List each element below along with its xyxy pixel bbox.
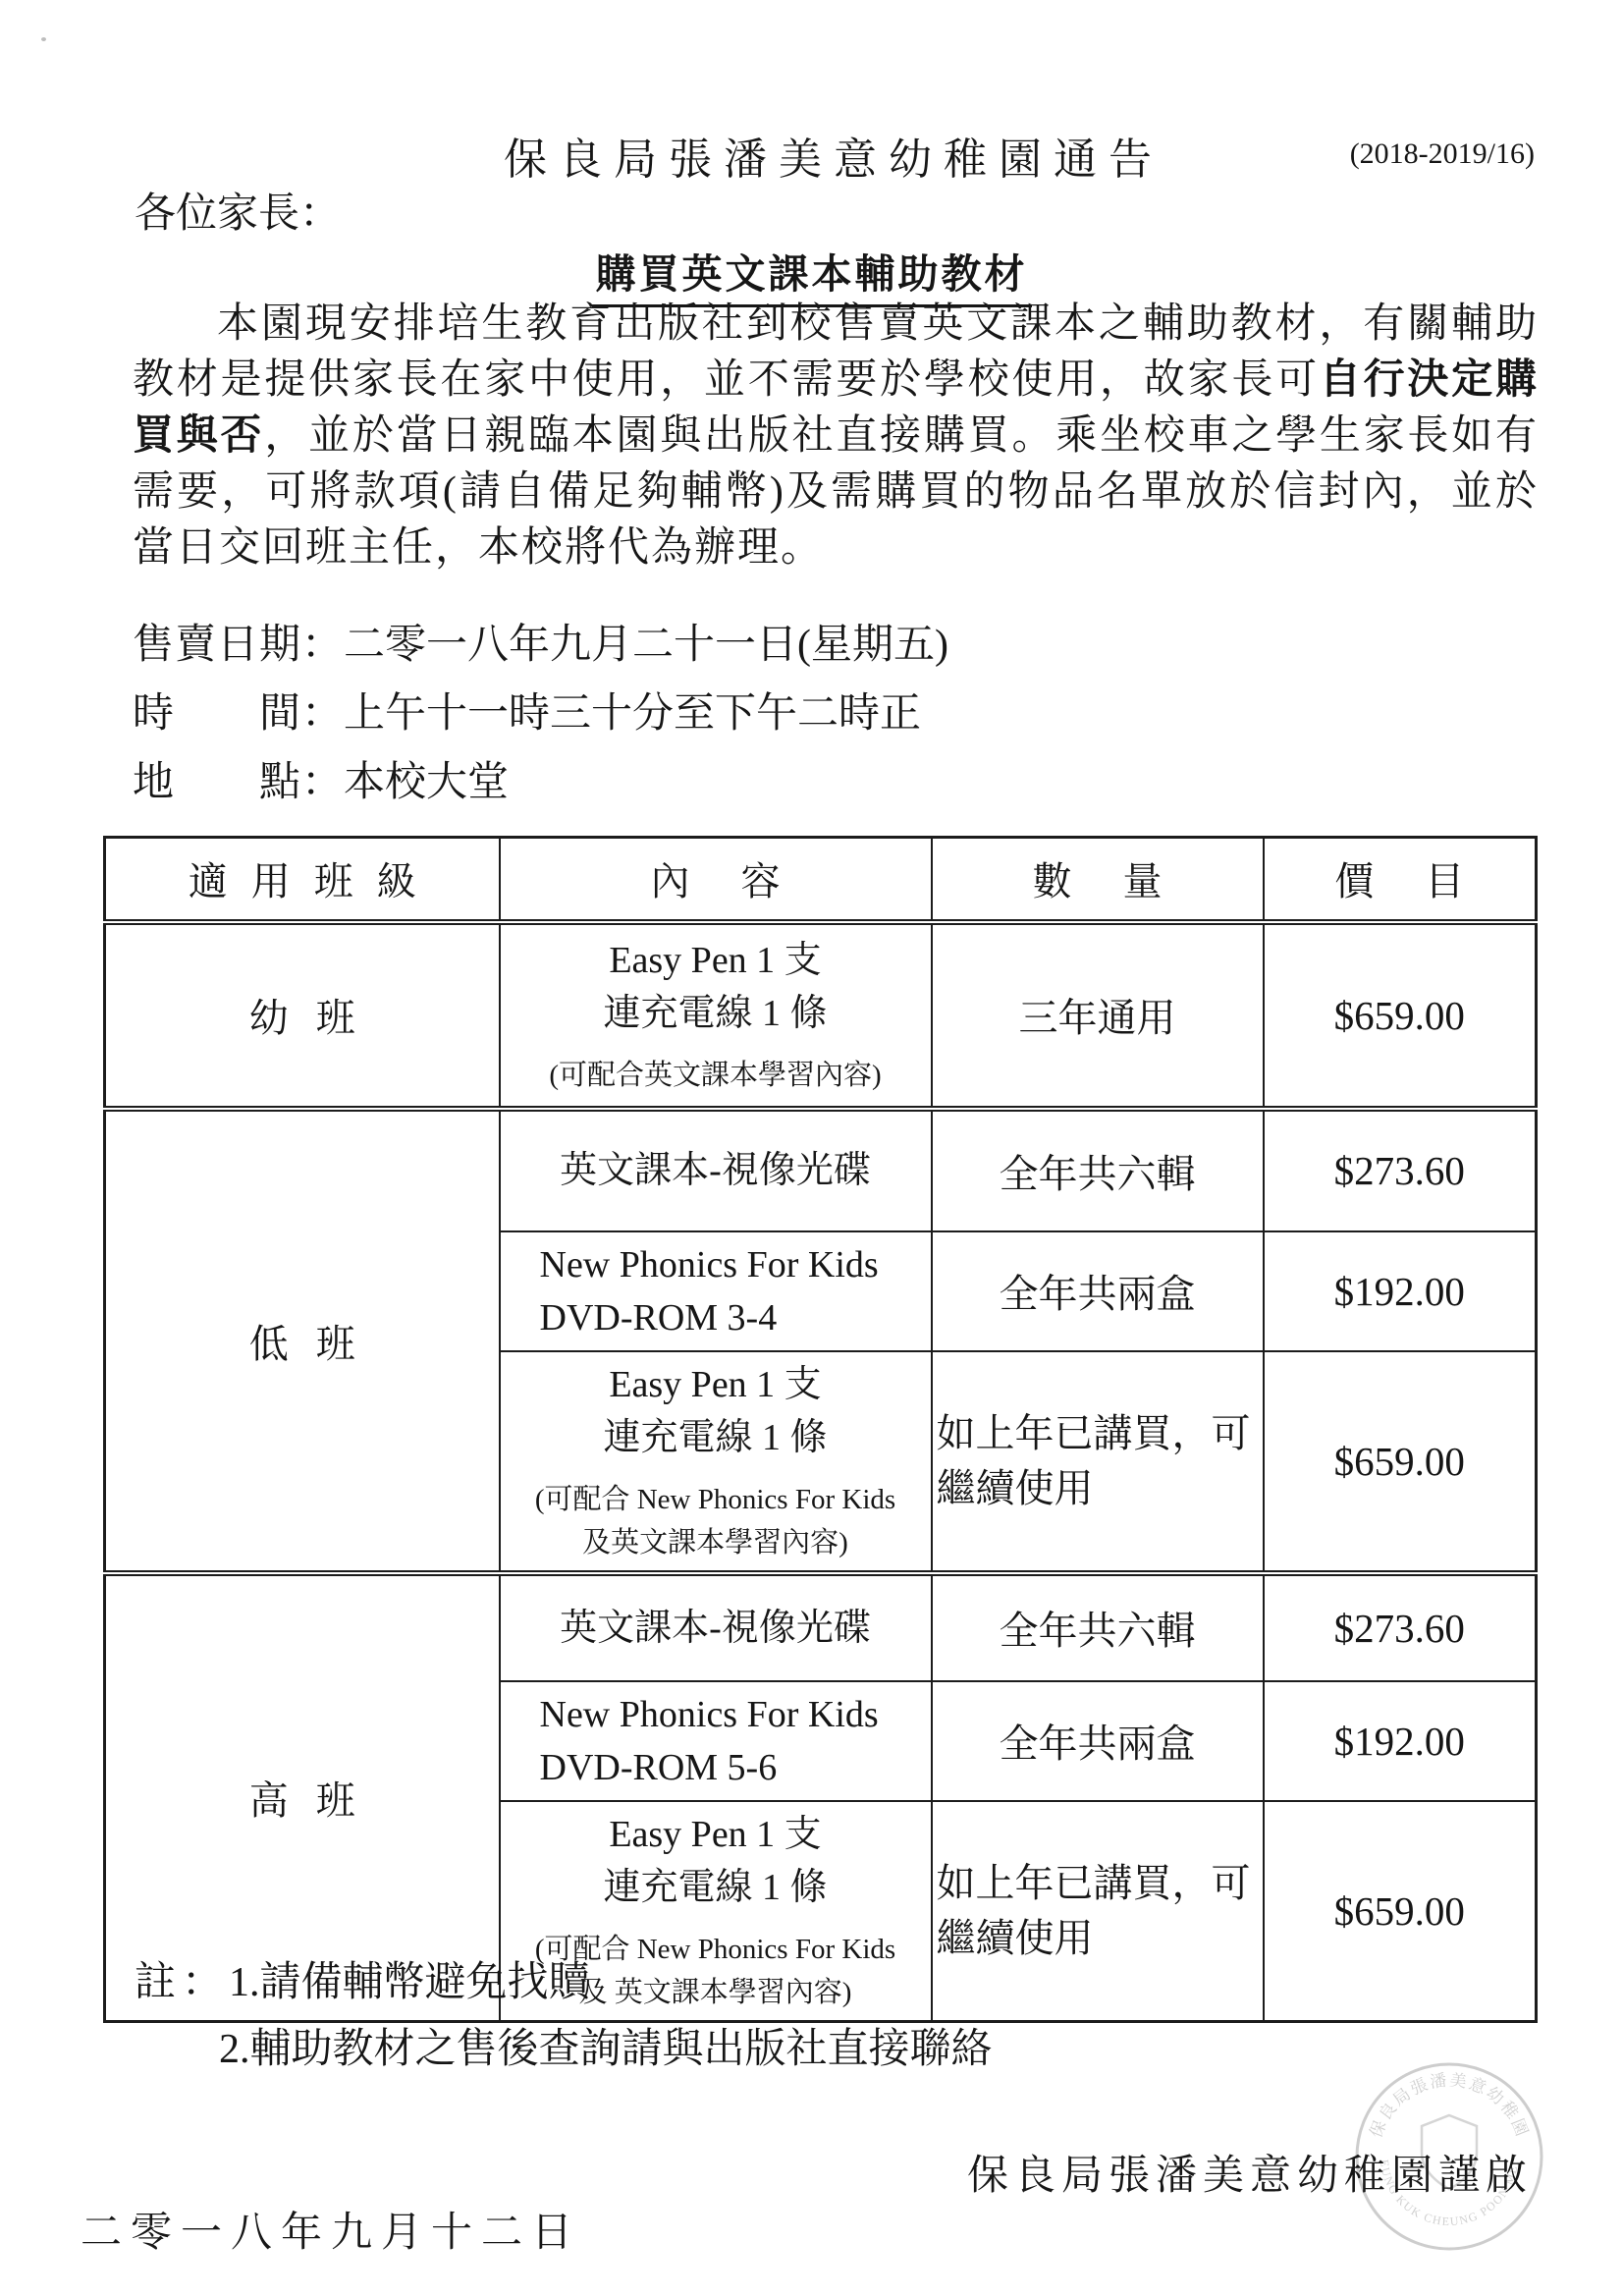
quantity-cell: 全年共兩盒 — [932, 1681, 1264, 1801]
detail-value: 上午十一時三十分至下午二時正 — [344, 691, 921, 737]
detail-label: 時 間： — [133, 691, 344, 737]
scan-artifact — [41, 37, 46, 41]
content-note: 及英文課本學習內容) — [503, 1521, 929, 1564]
materials-table: 適 用 班 級 內 容 數 量 價 目 幼 班 Easy Pen 1 支 連充電… — [103, 836, 1538, 2023]
note-text: 2.輔助教材之售後查詢請與出版社直接聯絡 — [219, 2027, 993, 2072]
content-cell: Easy Pen 1 支 連充電線 1 條 (可配合 New Phonics F… — [500, 1351, 932, 1573]
content-cell: 英文課本-視像光碟 — [500, 1109, 932, 1231]
notice-page: 保良局張潘美意幼稚園通告 (2018-2019/16) 各位家長： 購買英文課本… — [0, 0, 1623, 2296]
price-cell: $192.00 — [1264, 1681, 1537, 1801]
body-paragraph: 本園現安排培生教育出版社到校售賣英文課本之輔助教材，有關輔助教材是提供家長在家中… — [133, 297, 1539, 576]
page-title: 保良局張潘美意幼稚園通告 — [504, 136, 1163, 184]
notes-label: 註： — [135, 1960, 229, 2005]
table-header-row: 適 用 班 級 內 容 數 量 價 目 — [105, 838, 1537, 922]
content-line: 英文課本-視像光碟 — [503, 1602, 929, 1655]
quantity-cell: 全年共六輯 — [932, 1573, 1264, 1681]
price-cell: $659.00 — [1264, 1351, 1537, 1573]
content-line: Easy Pen 1 支 — [503, 1808, 929, 1861]
price-cell: $659.00 — [1264, 922, 1537, 1109]
content-note: (可配合英文課本學習內容) — [503, 1054, 929, 1097]
detail-row-time: 時 間：上午十一時三十分至下午二時正 — [133, 680, 948, 748]
note-text: 1.請備輔幣避免找贖 — [229, 1960, 590, 2005]
content-line: New Phonics For Kids — [540, 1688, 929, 1741]
content-line: New Phonics For Kids — [540, 1238, 929, 1291]
table-row: 幼 班 Easy Pen 1 支 連充電線 1 條 (可配合英文課本學習內容) … — [105, 922, 1537, 1109]
detail-row-venue: 地 點：本校大堂 — [133, 748, 948, 817]
detail-value: 二零一八年九月二十一日(星期五) — [344, 623, 948, 668]
content-line: 英文課本-視像光碟 — [503, 1144, 929, 1197]
seal-top-text: 保良局張潘美意幼稚園 — [1367, 2071, 1533, 2141]
column-header-price: 價 目 — [1264, 838, 1537, 922]
quantity-cell: 如上年已講買，可繼續使用 — [932, 1351, 1264, 1573]
price-cell: $192.00 — [1264, 1231, 1537, 1351]
table-row: 高 班 英文課本-視像光碟 全年共六輯 $273.60 — [105, 1573, 1537, 1681]
class-level-cell: 高 班 — [105, 1573, 500, 2022]
detail-label: 售賣日期： — [133, 623, 344, 668]
detail-label: 地 點： — [133, 760, 344, 805]
content-line: Easy Pen 1 支 — [503, 1358, 929, 1411]
signature: 保良局張潘美意幼稚園謹啟 — [967, 2143, 1533, 2202]
header: 保良局張潘美意幼稚園通告 (2018-2019/16) — [133, 124, 1535, 187]
content-line: DVD-ROM 5-6 — [540, 1741, 929, 1794]
class-level-cell: 低 班 — [105, 1109, 500, 1573]
table-row: 低 班 英文課本-視像光碟 全年共六輯 $273.60 — [105, 1109, 1537, 1231]
notes: 註：1.請備輔幣避免找贖 2.輔助教材之售後查詢請與出版社直接聯絡 — [135, 1960, 993, 2072]
note-item: 2.輔助教材之售後查詢請與出版社直接聯絡 — [219, 2027, 993, 2072]
content-line: 連充電線 1 條 — [503, 987, 929, 1040]
paragraph-text: ，並於當日親臨本園與出版社直接購買。乘坐校車之學生家長如有需要，可將款項(請自備… — [133, 413, 1539, 571]
seal-top-text-path: 保良局張潘美意幼稚園 — [1367, 2071, 1533, 2141]
detail-value: 本校大堂 — [344, 760, 509, 805]
content-line: 連充電線 1 條 — [503, 1411, 929, 1464]
quantity-cell: 全年共兩盒 — [932, 1231, 1264, 1351]
column-header-class: 適 用 班 級 — [105, 838, 500, 922]
reference-number: (2018-2019/16) — [1350, 137, 1535, 171]
content-note: (可配合 New Phonics For Kids — [503, 1478, 929, 1521]
salutation: 各位家長： — [135, 181, 341, 240]
price-cell: $273.60 — [1264, 1109, 1537, 1231]
content-cell: New Phonics For Kids DVD-ROM 3-4 — [500, 1231, 932, 1351]
quantity-cell: 三年通用 — [932, 922, 1264, 1109]
quantity-cell: 全年共六輯 — [932, 1109, 1264, 1231]
class-level-cell: 幼 班 — [105, 922, 500, 1109]
column-header-content: 內 容 — [500, 838, 932, 922]
sale-details: 售賣日期：二零一八年九月二十一日(星期五) 時 間：上午十一時三十分至下午二時正… — [133, 611, 948, 817]
column-header-quantity: 數 量 — [932, 838, 1264, 922]
content-line: DVD-ROM 3-4 — [540, 1291, 929, 1344]
issue-date: 二零一八年九月十二日 — [81, 2200, 581, 2259]
materials-table-wrap: 適 用 班 級 內 容 數 量 價 目 幼 班 Easy Pen 1 支 連充電… — [103, 836, 1538, 2023]
content-line: Easy Pen 1 支 — [503, 934, 929, 987]
content-cell: Easy Pen 1 支 連充電線 1 條 (可配合英文課本學習內容) — [500, 922, 932, 1109]
content-cell: New Phonics For Kids DVD-ROM 5-6 — [500, 1681, 932, 1801]
note-item: 註：1.請備輔幣避免找贖 — [135, 1960, 993, 2005]
content-line: 連充電線 1 條 — [503, 1861, 929, 1914]
detail-row-date: 售賣日期：二零一八年九月二十一日(星期五) — [133, 611, 948, 680]
content-cell: 英文課本-視像光碟 — [500, 1573, 932, 1681]
price-cell: $273.60 — [1264, 1573, 1537, 1681]
price-cell: $659.00 — [1264, 1801, 1537, 2022]
